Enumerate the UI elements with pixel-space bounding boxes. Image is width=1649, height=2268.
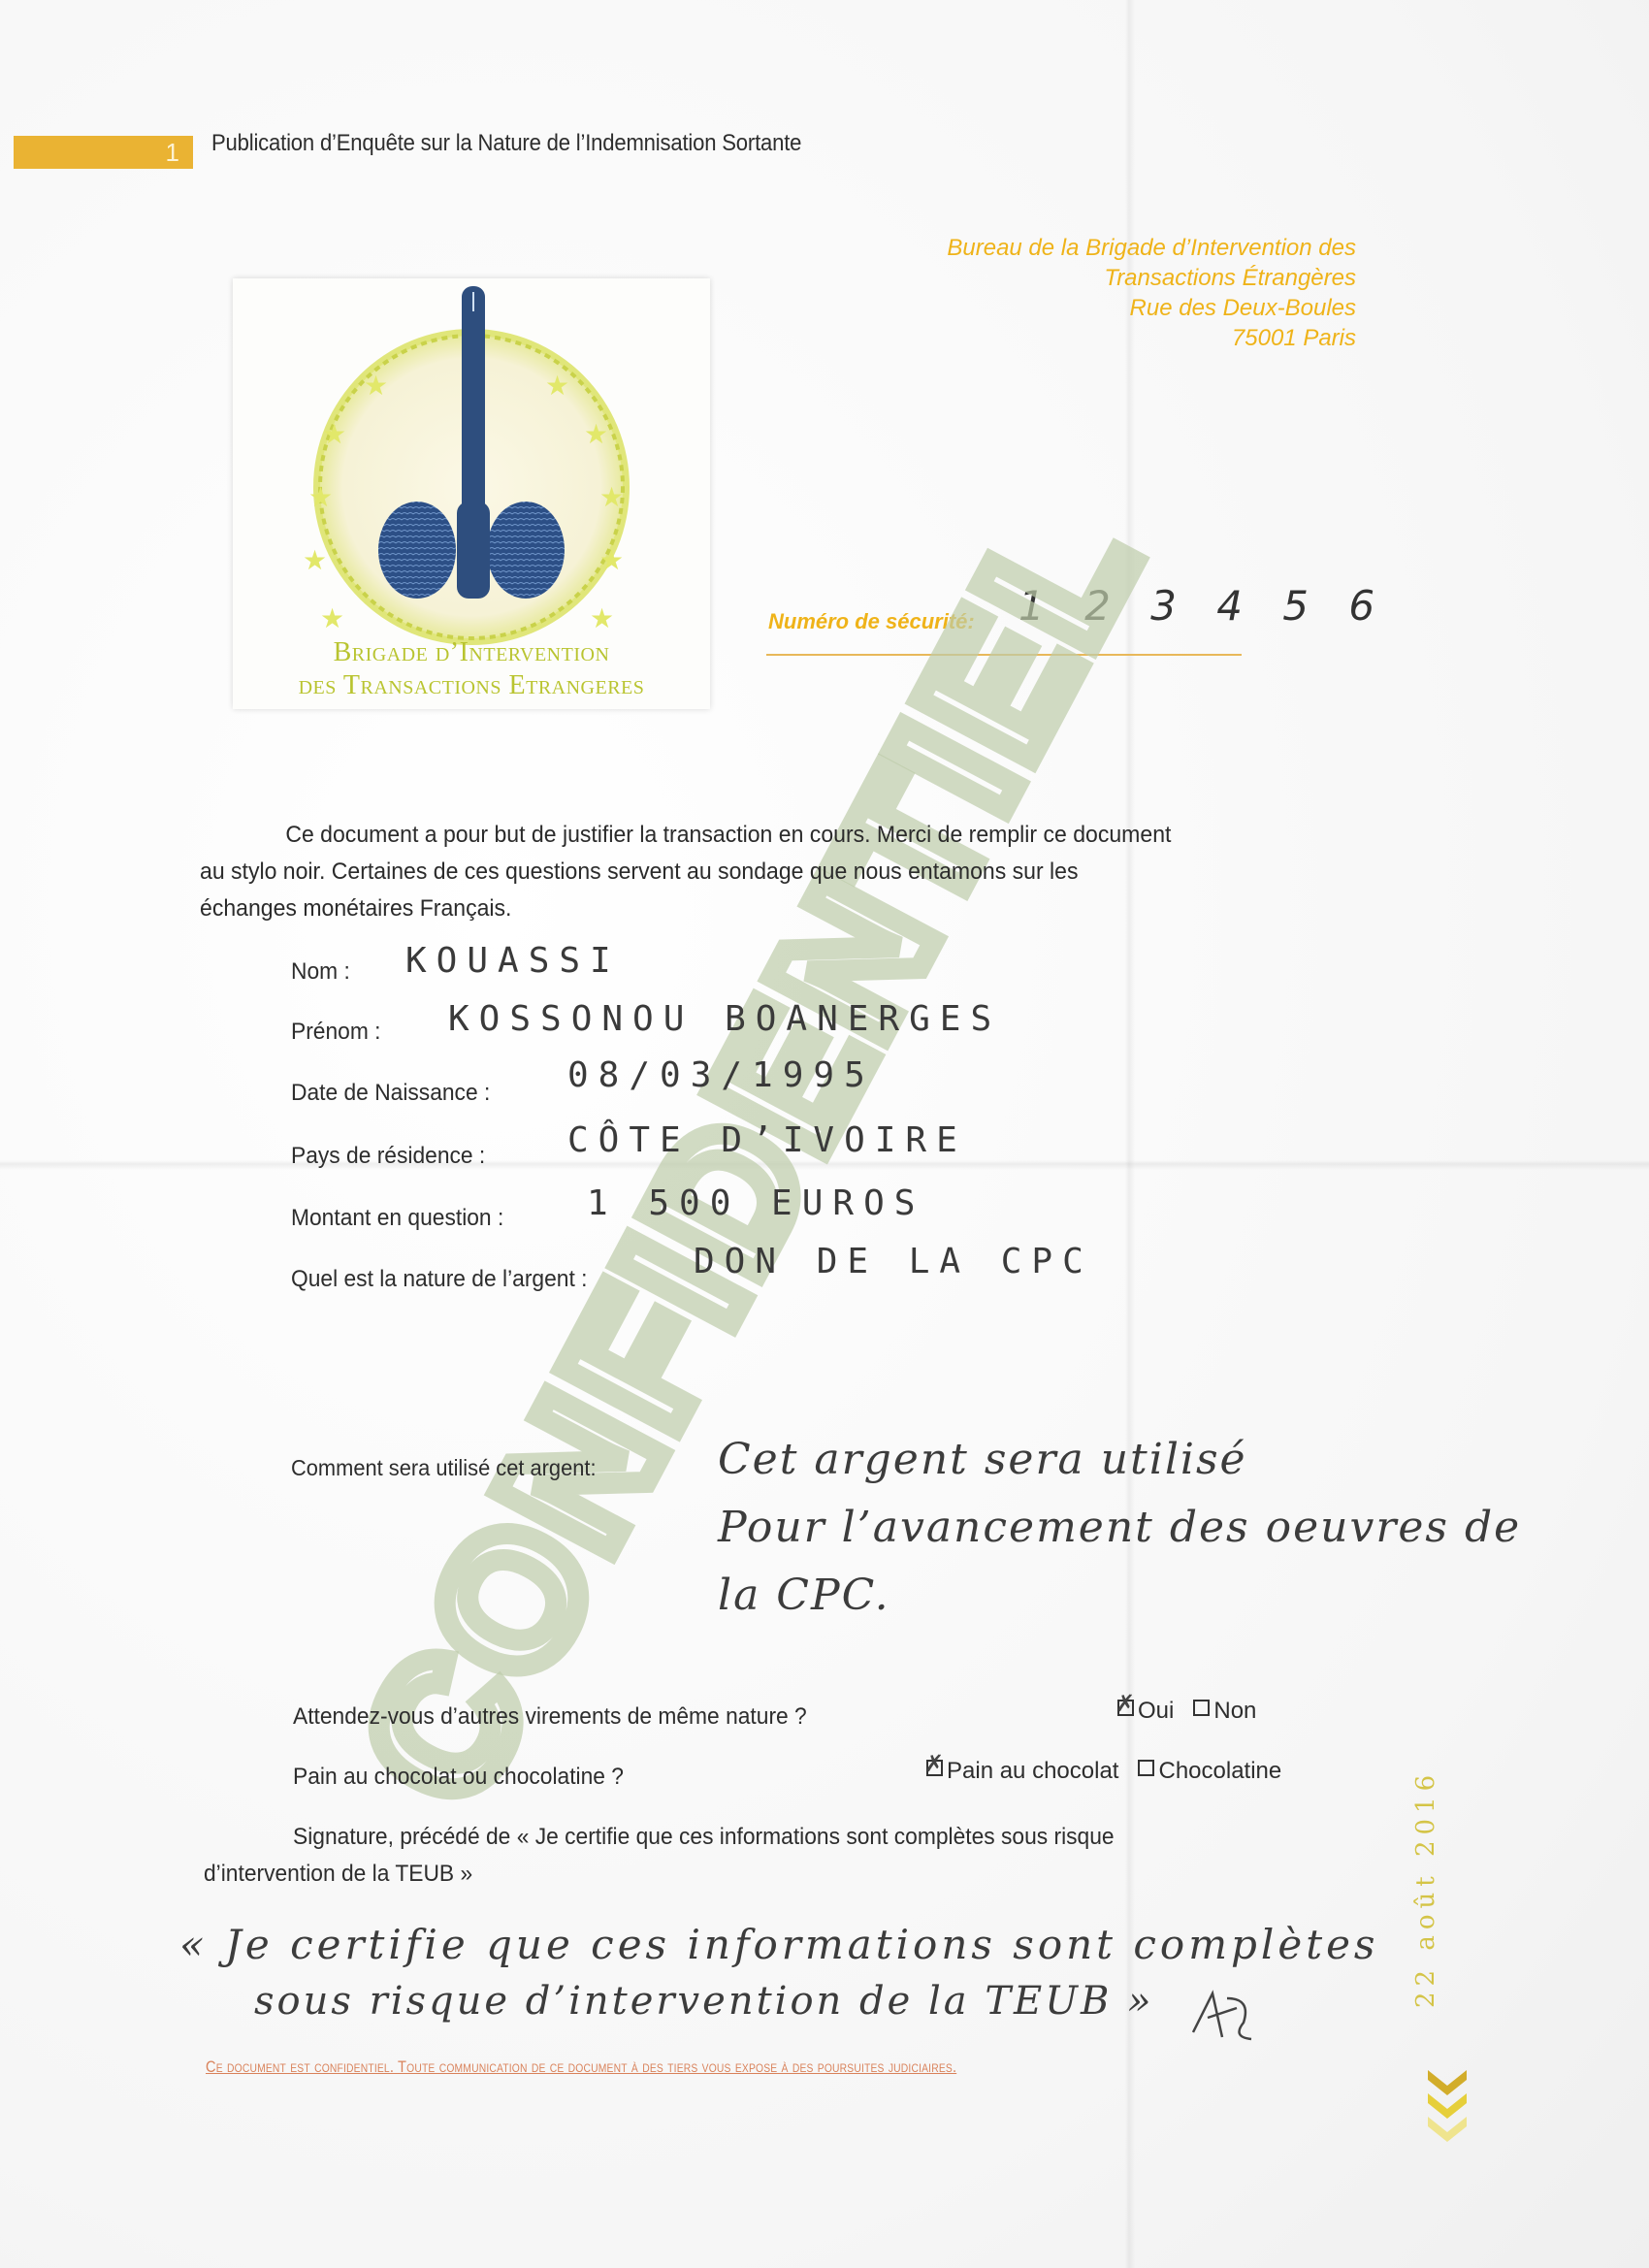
checkbox-pain-au-chocolat[interactable] <box>926 1760 943 1776</box>
question-virements: Attendez-vous d’autres virements de même… <box>293 1703 807 1731</box>
intro-line: au stylo noir. Certaines de ces question… <box>200 854 1317 891</box>
document-title: Publication d’Enquête sur la Nature de l… <box>211 130 801 157</box>
logo-emblem: ★ ★ ★ ★ ★ ★ ★ ★ ★ ★ <box>233 278 710 647</box>
security-number-label: Numéro de sécurité: <box>768 609 975 634</box>
usage-line: Cet argent sera utilisé <box>718 1426 1521 1494</box>
section-number: 1 <box>166 138 179 168</box>
svg-text:★: ★ <box>599 482 624 512</box>
svg-text:★: ★ <box>590 603 614 633</box>
field-label-prenom: Prénom : <box>291 1019 381 1046</box>
security-number-value[interactable]: 1 2 3 4 5 6 <box>1018 582 1388 630</box>
confidentiality-footer: Ce document est confidentiel. Toute comm… <box>206 2057 956 2077</box>
logo-caption-line2: des Transactions Etrangeres <box>233 670 710 701</box>
section-tab: 1 <box>14 136 193 169</box>
intro-line: échanges monétaires Français. <box>200 891 1317 927</box>
field-value-nom[interactable]: KOUASSI <box>405 941 621 981</box>
signature-mark <box>1183 1979 1261 2057</box>
field-value-nature[interactable]: DON DE LA CPC <box>694 1242 1093 1281</box>
handwritten-certification-line1[interactable]: « Je certifie que ces informations sont … <box>179 1921 1378 1968</box>
field-label-pays: Pays de résidence : <box>291 1143 485 1170</box>
security-number-underline <box>766 654 1242 656</box>
usage-line: Pour l’avancement des oeuvres de <box>718 1494 1521 1562</box>
logo-caption-line1: Brigade d’Intervention <box>233 637 710 668</box>
usage-label: Comment sera utilisé cet argent: <box>291 1455 597 1481</box>
svg-text:★: ★ <box>584 419 608 449</box>
field-label-nom: Nom : <box>291 958 350 986</box>
field-value-montant[interactable]: 1 500 EUROS <box>587 1183 924 1223</box>
option-label-oui: Oui <box>1138 1698 1174 1724</box>
field-value-prenom[interactable]: KOSSONOU BOANERGES <box>448 999 1001 1039</box>
svg-text:★: ★ <box>545 371 569 401</box>
usage-line: la CPC. <box>718 1562 1521 1630</box>
svg-text:★: ★ <box>320 603 344 633</box>
field-label-nature: Quel est la nature de l’argent : <box>291 1266 587 1293</box>
option-label-pain-au-chocolat: Pain au chocolat <box>947 1758 1118 1784</box>
chevrons-down-icon <box>1426 2066 1469 2144</box>
intro-paragraph: Ce document a pour but de justifier la t… <box>200 817 1317 927</box>
address-line: 75001 Paris <box>947 323 1356 353</box>
address-line: Transactions Étrangères <box>947 263 1356 293</box>
intro-line: Ce document a pour but de justifier la t… <box>285 822 1171 848</box>
address-block: Bureau de la Brigade d’Intervention des … <box>947 233 1356 353</box>
svg-text:★: ★ <box>308 482 333 512</box>
svg-text:★: ★ <box>303 545 327 575</box>
date-stamp: 22 août 2016 <box>1411 1769 1440 2008</box>
address-line: Bureau de la Brigade d’Intervention des <box>947 233 1356 263</box>
handwritten-certification-line2[interactable]: sous risque d’intervention de la TEUB » <box>254 1979 1154 2024</box>
address-line: Rue des Deux-Boules <box>947 293 1356 323</box>
field-value-date-naissance[interactable]: 08/03/1995 <box>567 1055 875 1095</box>
options-pain-chocolat: Pain au chocolat Chocolatine <box>926 1758 1281 1785</box>
logo: ★ ★ ★ ★ ★ ★ ★ ★ ★ ★ Brigade d’Interventi… <box>233 278 710 709</box>
signature-instruction-line2: d’intervention de la TEUB » <box>204 1861 472 1888</box>
option-label-non: Non <box>1213 1698 1256 1724</box>
svg-text:★: ★ <box>364 371 388 401</box>
signature-instruction-line1: Signature, précédé de « Je certifie que … <box>293 1824 1115 1851</box>
checkbox-oui[interactable] <box>1117 1700 1134 1716</box>
field-label-montant: Montant en question : <box>291 1205 503 1232</box>
options-virements: Oui Non <box>1117 1698 1256 1725</box>
svg-text:★: ★ <box>599 545 624 575</box>
field-label-date-naissance: Date de Naissance : <box>291 1080 490 1107</box>
svg-text:★: ★ <box>322 419 346 449</box>
checkbox-non[interactable] <box>1193 1700 1210 1716</box>
checkbox-chocolatine[interactable] <box>1138 1760 1154 1776</box>
question-pain-chocolat: Pain au chocolat ou chocolatine ? <box>293 1764 624 1791</box>
field-value-pays[interactable]: CÔTE D’IVOIRE <box>567 1120 967 1160</box>
option-label-chocolatine: Chocolatine <box>1158 1758 1281 1784</box>
usage-answer[interactable]: Cet argent sera utilisé Pour l’avancemen… <box>718 1426 1521 1630</box>
baton-icon <box>457 286 490 599</box>
